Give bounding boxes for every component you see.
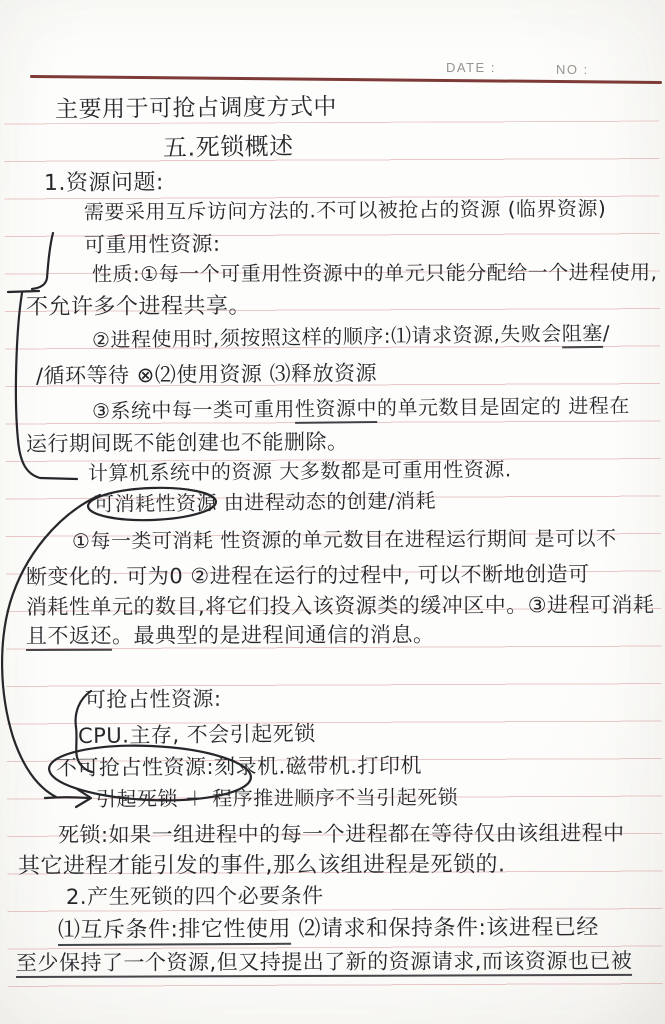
text-segment: ③系统中每一类可重用 xyxy=(92,397,295,423)
handwritten-line-24: 2.产生死锁的四个必要条件 xyxy=(66,883,324,911)
text-segment: ⑴互斥条件:排它性使用 xyxy=(58,917,291,946)
text-segment: ⑵请求和保持条件:该进程已经 xyxy=(291,915,599,942)
text-segment: 2.产生死锁的四个必要条件 xyxy=(66,884,324,909)
text-segment: 引起死锁 ＋ 程序推进顺序不当引起死锁 xyxy=(96,785,458,811)
handwritten-line-23: 其它进程才能引发的事件,那么该组进程是死锁的. xyxy=(18,851,506,880)
handwritten-line-5: 可重用性资源: xyxy=(84,231,221,258)
text-segment: 消耗性单元的数目,将它们投入该资源类的缓冲区中。③进程可消耗 xyxy=(26,593,655,619)
hook-reusable-resource xyxy=(32,233,53,289)
handwritten-line-18: 可抢占性资源: xyxy=(85,686,222,713)
text-segment: 主要用于可抢占调度方式中 xyxy=(55,94,337,123)
text-segment: 需要采用互斥访问方法的.不可以被抢占的资源 (临界资源) xyxy=(84,196,606,224)
text-segment: 阻塞 xyxy=(562,321,603,349)
text-segment: 五.死锁概述 xyxy=(163,132,294,162)
text-segment: 可消耗性资源 xyxy=(94,491,217,516)
text-segment: CPU.主存, 不会引起死锁 xyxy=(78,722,316,748)
text-segment: 运行期间既不能创建也不能删除。 xyxy=(26,430,349,456)
text-segment: 死锁:如果一组进程中的每一个进程都在等待仅由该组进程中 xyxy=(58,821,625,847)
handwritten-line-15: 断变化的. 可为0 ②进程在运行的过程中, 可以不断地创造可 xyxy=(26,561,590,590)
handwritten-line-26: 至少保持了一个资源,但又持提出了新的资源请求,而该资源也已被 xyxy=(16,948,632,976)
handwritten-line-3: 1.资源问题: xyxy=(44,169,164,197)
handwritten-line-19: CPU.主存, 不会引起死锁 xyxy=(78,721,316,750)
text-segment: 计算机系统中的资源 大多数都是可重用性资源. xyxy=(88,457,512,485)
handwritten-line-1: 主要用于可抢占调度方式中 xyxy=(55,93,337,125)
handwritten-line-6: 性质:①每一个可重用性资源中的单元只能分配给一个进程使用, xyxy=(92,260,658,287)
handwritten-line-22: 死锁:如果一组进程中的每一个进程都在等待仅由该组进程中 xyxy=(58,820,625,848)
handwritten-line-16: 消耗性单元的数目,将它们投入该资源类的缓冲区中。③进程可消耗 xyxy=(26,592,655,620)
text-segment: ①每一类可消耗 性资源的单元数目在进程运行期间 是可以不 xyxy=(72,526,617,553)
handwritten-line-2: 五.死锁概述 xyxy=(163,131,294,163)
text-segment: 至少保持了一个资源,但又持提出了新的资源请求,而该资源也已被 xyxy=(16,949,632,978)
handwritten-line-10: ③系统中每一类可重用性资源中的单元数目是固定的 进程在 xyxy=(92,393,630,424)
handwritten-line-9: /循环等待 ⊗⑵使用资源 ⑶释放资源 xyxy=(36,360,377,389)
text-segment: 性资源中 xyxy=(295,396,377,424)
text-segment: 不允许多个进程共享。 xyxy=(26,294,251,320)
text-segment: ②进程使用时,须按照这样的顺序:⑴请求资源,失败会 xyxy=(92,321,562,352)
text-segment: 由进程动态的创建/消耗 xyxy=(217,488,436,514)
text-segment: 其它进程才能引发的事件,那么该组进程是死锁的. xyxy=(18,852,506,879)
handwritten-line-8: ②进程使用时,须按照这样的顺序:⑴请求资源,失败会阻塞/ xyxy=(92,321,610,353)
handwritten-line-4: 需要采用互斥访问方法的.不可以被抢占的资源 (临界资源) xyxy=(84,196,606,225)
handwritten-line-11: 运行期间既不能创建也不能删除。 xyxy=(26,429,349,458)
handwritten-line-17: 且不返还。最典型的是进程间通信的消息。 xyxy=(26,622,435,650)
text-segment: 不可抢占性资源:刻录机.磁带机.打印机 xyxy=(56,753,422,780)
arrow-causes-deadlock-head xyxy=(76,789,91,807)
text-segment: 。最典型的是进程间通信的消息。 xyxy=(112,623,435,648)
notebook-page: DATE : NO : 主要用于可抢占调度方式中五.死锁概述1.资源问题:需要采… xyxy=(0,0,665,1024)
handwritten-line-21: 引起死锁 ＋ 程序推进顺序不当引起死锁 xyxy=(96,785,458,812)
text-segment: 的单元数目是固定的 进程在 xyxy=(377,393,630,420)
text-segment: / xyxy=(603,321,611,345)
brace-reusable-section-bar xyxy=(8,291,39,292)
text-segment: 且不返还 xyxy=(26,624,112,651)
handwritten-line-13: 可消耗性资源 由进程动态的创建/消耗 xyxy=(94,488,436,517)
date-label: DATE : xyxy=(446,60,496,75)
no-label: NO : xyxy=(556,62,589,77)
handwritten-line-25: ⑴互斥条件:排它性使用 ⑵请求和保持条件:该进程已经 xyxy=(58,914,599,944)
handwritten-line-20: 不可抢占性资源:刻录机.磁带机.打印机 xyxy=(56,752,422,781)
text-segment: 断变化的. 可为0 ②进程在运行的过程中, 可以不断地创造可 xyxy=(26,562,590,589)
text-segment: /循环等待 ⊗⑵使用资源 ⑶释放资源 xyxy=(36,361,377,388)
text-segment: 1.资源问题: xyxy=(44,170,164,196)
text-segment: 可重用性资源: xyxy=(84,232,221,257)
handwritten-line-7: 不允许多个进程共享。 xyxy=(26,293,251,322)
handwritten-line-14: ①每一类可消耗 性资源的单元数目在进程运行期间 是可以不 xyxy=(72,526,617,554)
arrow-causes-deadlock-shaft xyxy=(45,797,89,798)
text-segment: 可抢占性资源: xyxy=(85,687,222,712)
text-segment: 性质:①每一个可重用性资源中的单元只能分配给一个进程使用, xyxy=(92,260,658,286)
handwritten-line-12: 计算机系统中的资源 大多数都是可重用性资源. xyxy=(88,457,512,486)
